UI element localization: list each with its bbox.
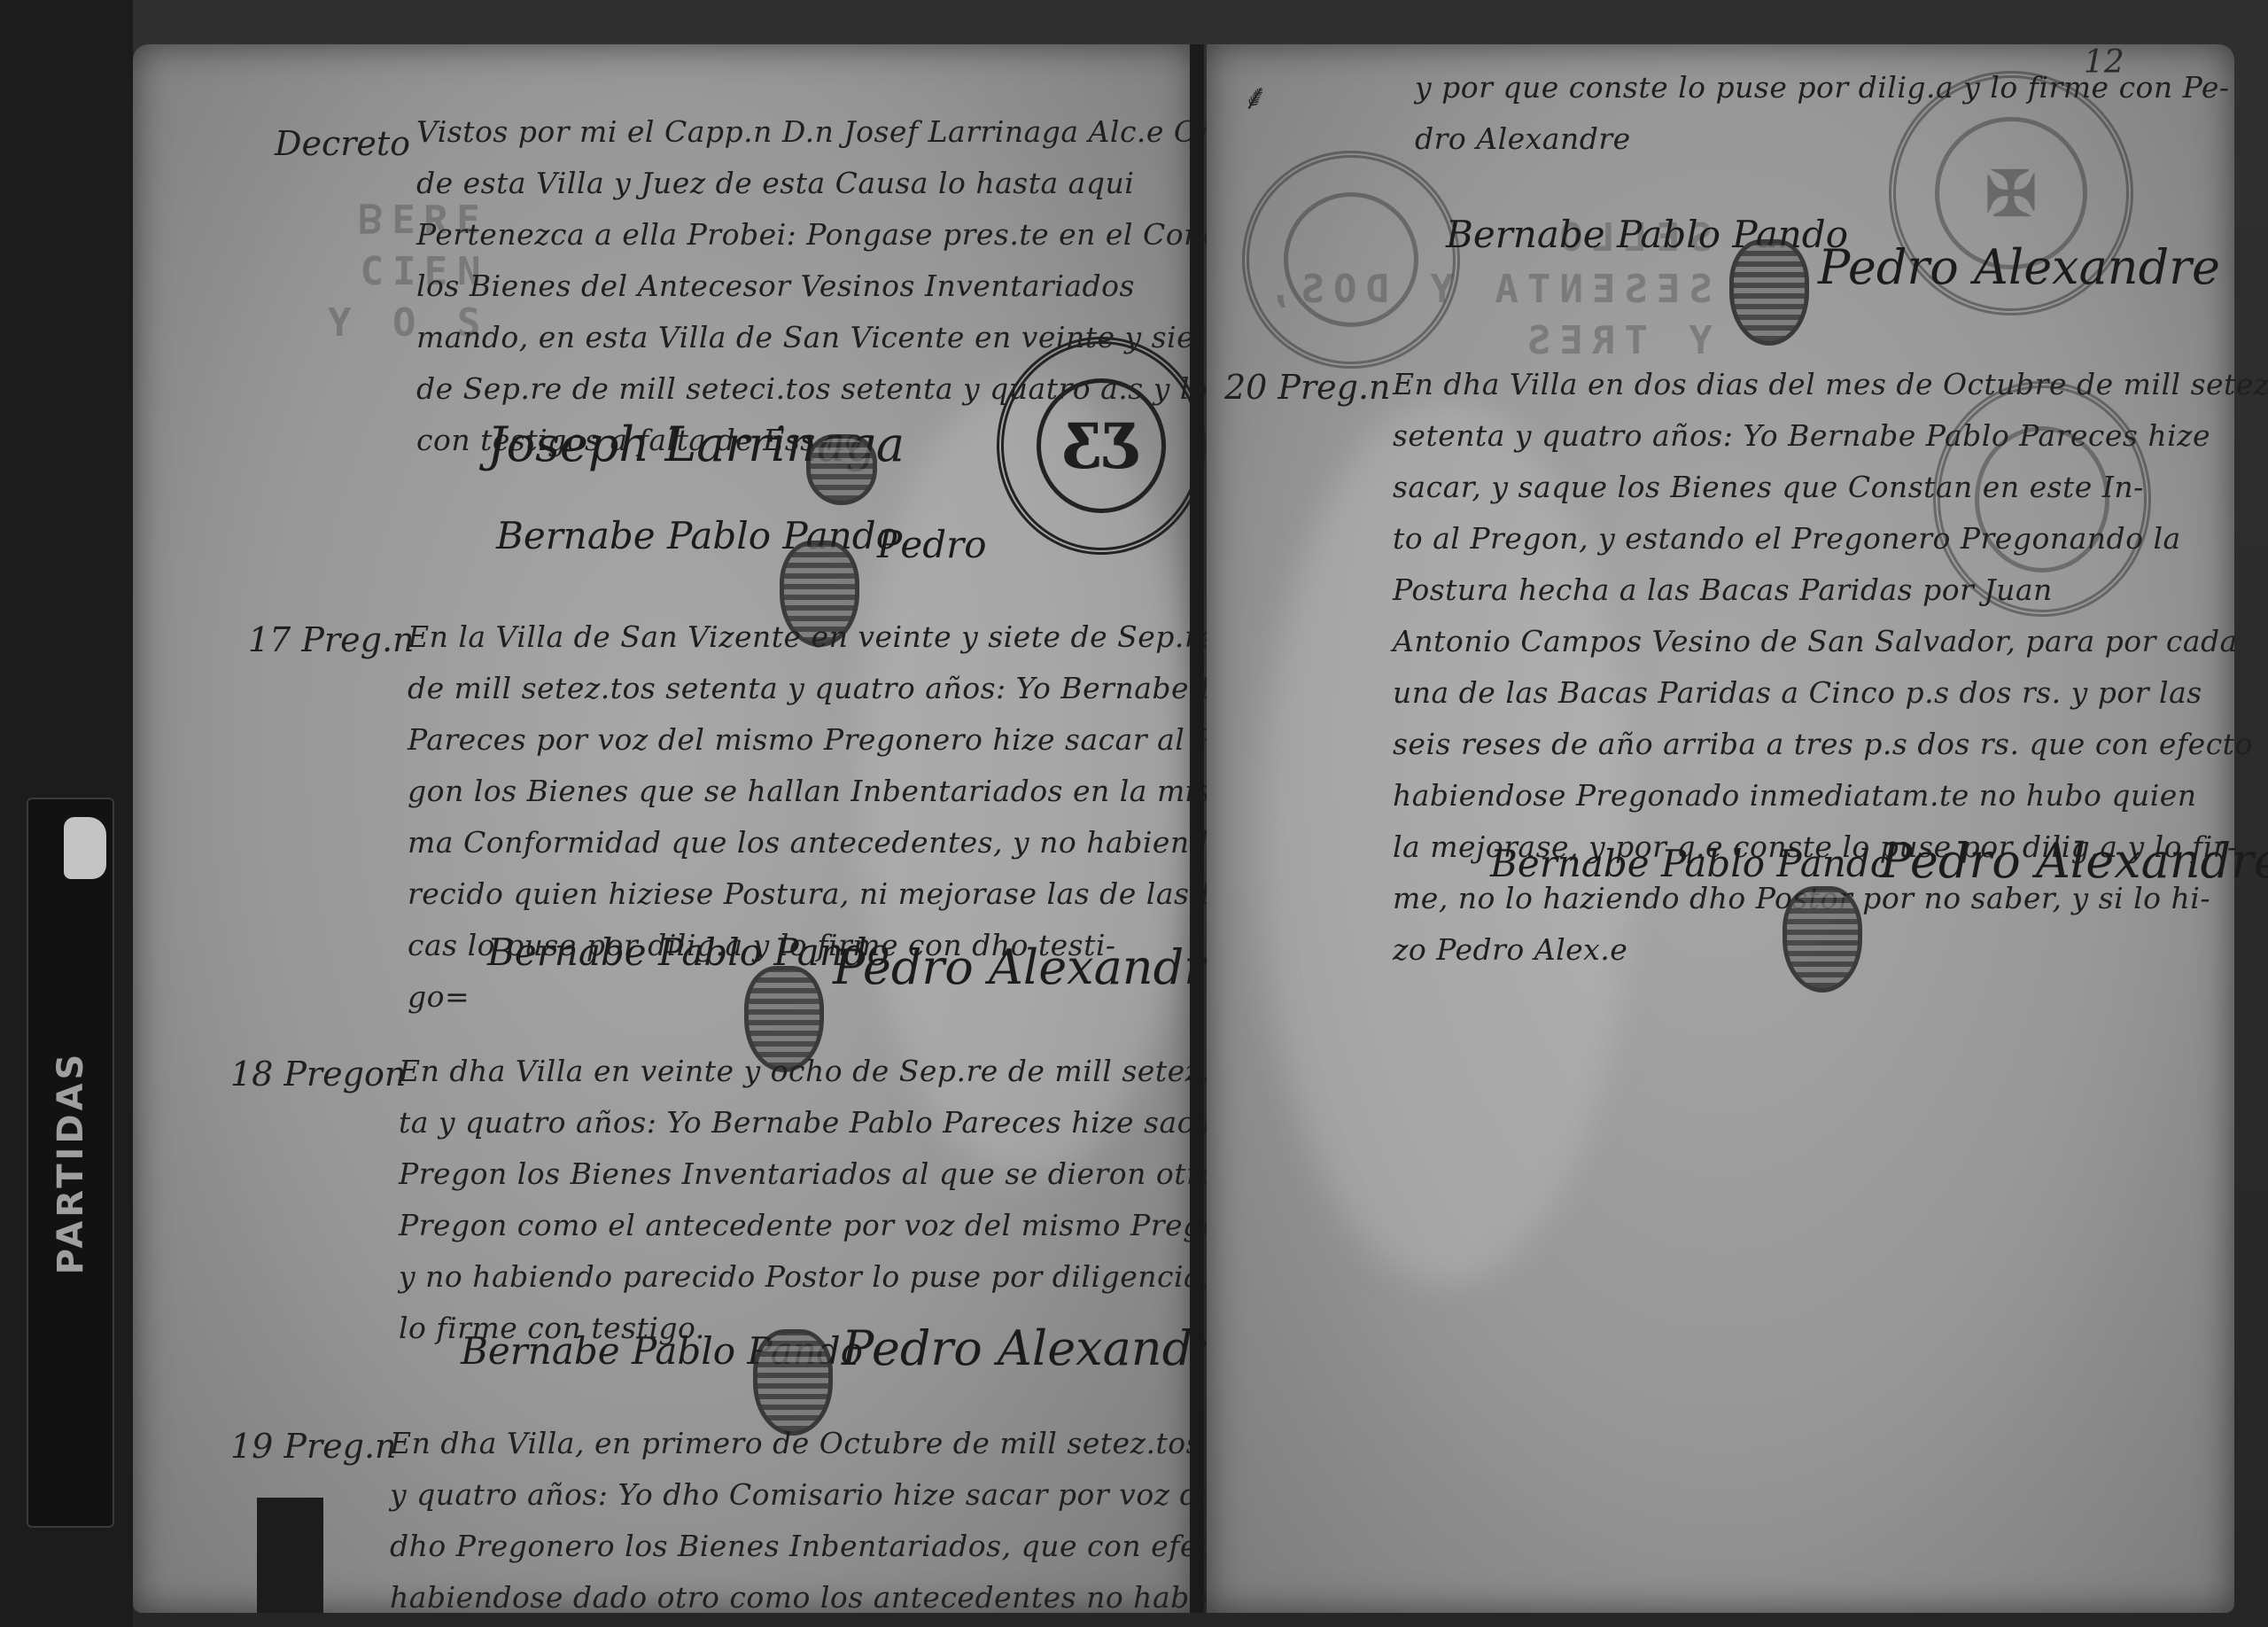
margin-note: 18 Pregon (230, 1055, 406, 1094)
signature-pando: Bernabe Pablo Pando (487, 930, 889, 974)
signature-alexandre: Pedro Alexandre (842, 1320, 1244, 1376)
text-line: de esta Villa y Juez de esta Causa lo ha… (416, 158, 1299, 209)
signature-alexandre: Pedro Alexandre (1818, 239, 2220, 295)
signature-rubric (1783, 886, 1862, 993)
text-line: una de las Bacas Paridas a Cinco p.s dos… (1393, 667, 2268, 719)
page-gutter (1190, 44, 1204, 1613)
seal-emblem: ƸƷ (1037, 378, 1166, 514)
text-line: gon los Bienes que se hallan Inbentariad… (408, 766, 1284, 817)
spine-label: PARTIDAS (27, 798, 114, 1528)
margin-mark: ⸙ (1242, 71, 1269, 120)
label-damage (64, 817, 106, 879)
text-line: y quatro años: Yo dho Comisario hize sac… (390, 1469, 1324, 1521)
entry-text: y por que conste lo puse por dilig.a y l… (1415, 62, 2230, 165)
text-line: habiendose dado otro como los antecedent… (390, 1572, 1324, 1623)
signature-rubric (1729, 239, 1809, 346)
text-line: Postura hecha a las Bacas Paridas por Ju… (1393, 564, 2268, 616)
bleed-line: Y TRES (1518, 318, 1713, 363)
text-line: de mill setez.tos setenta y quatro años:… (408, 663, 1284, 714)
signature-pando: Bernabe Pablo Pando (1490, 842, 1892, 885)
binding-tab (257, 1498, 323, 1613)
text-line: mando, en esta Villa de San Vicente en v… (416, 312, 1299, 363)
text-line: dho Pregonero los Bienes Inbentariados, … (390, 1521, 1324, 1572)
left-page: ƎЯƎꓭИƎIƆƧ O Y Decreto Vistos por mi el C… (133, 44, 1196, 1613)
margin-note: Decreto (275, 124, 410, 163)
text-line: dro Alexandre (1415, 113, 2230, 165)
text-line: En dha Villa en dos dias del mes de Octu… (1393, 359, 2268, 410)
text-line: habiendose Pregonado inmediatam.te no hu… (1393, 770, 2268, 821)
text-line: Pareces por voz del mismo Pregonero hize… (408, 714, 1284, 766)
signature-alexandre: Pedro Alexandre (833, 939, 1235, 995)
entry-text: En dha Villa, en primero de Octubre de m… (390, 1418, 1324, 1623)
right-page: 12 ✠ SELLO SESENTA Y DOS, Y TRES y por q… (1207, 44, 2234, 1613)
signature-pedro: Pedro (877, 523, 986, 566)
text-line: ma Conformidad que los antecedentes, y n… (408, 817, 1284, 868)
bleed-line: SESENTA Y DOS, (1260, 267, 1713, 312)
margin-note: 20 Preg.n (1224, 368, 1391, 407)
official-seal: ƸƷ (997, 337, 1206, 555)
text-line: recido quien hiziese Postura, ni mejoras… (408, 868, 1284, 920)
spine-label-text: PARTIDAS (50, 1051, 91, 1275)
text-line: los Bienes del Antecesor Vesinos Inventa… (416, 261, 1299, 312)
faint-seal (1933, 381, 2151, 617)
text-line: En la Villa de San Vizente en veinte y s… (408, 611, 1284, 663)
margin-note: 19 Preg.n (230, 1427, 397, 1466)
seal-emblem (1975, 426, 2110, 572)
text-line: Pertenezca a ella Probei: Pongase pres.t… (416, 209, 1299, 261)
text-line: seis reses de año arriba a tres p.s dos … (1393, 719, 2268, 770)
margin-note: 17 Preg.n (248, 620, 415, 659)
text-line: Antonio Campos Vesino de San Salvador, p… (1393, 616, 2268, 667)
text-line: En dha Villa, en primero de Octubre de m… (390, 1418, 1324, 1469)
signature-alexandre: Pedro Alexandre (1880, 833, 2268, 889)
text-line: Vistos por mi el Capp.n D.n Josef Larrin… (416, 106, 1299, 158)
signature-rubric (806, 434, 877, 505)
text-line: y por que conste lo puse por dilig.a y l… (1415, 62, 2230, 113)
